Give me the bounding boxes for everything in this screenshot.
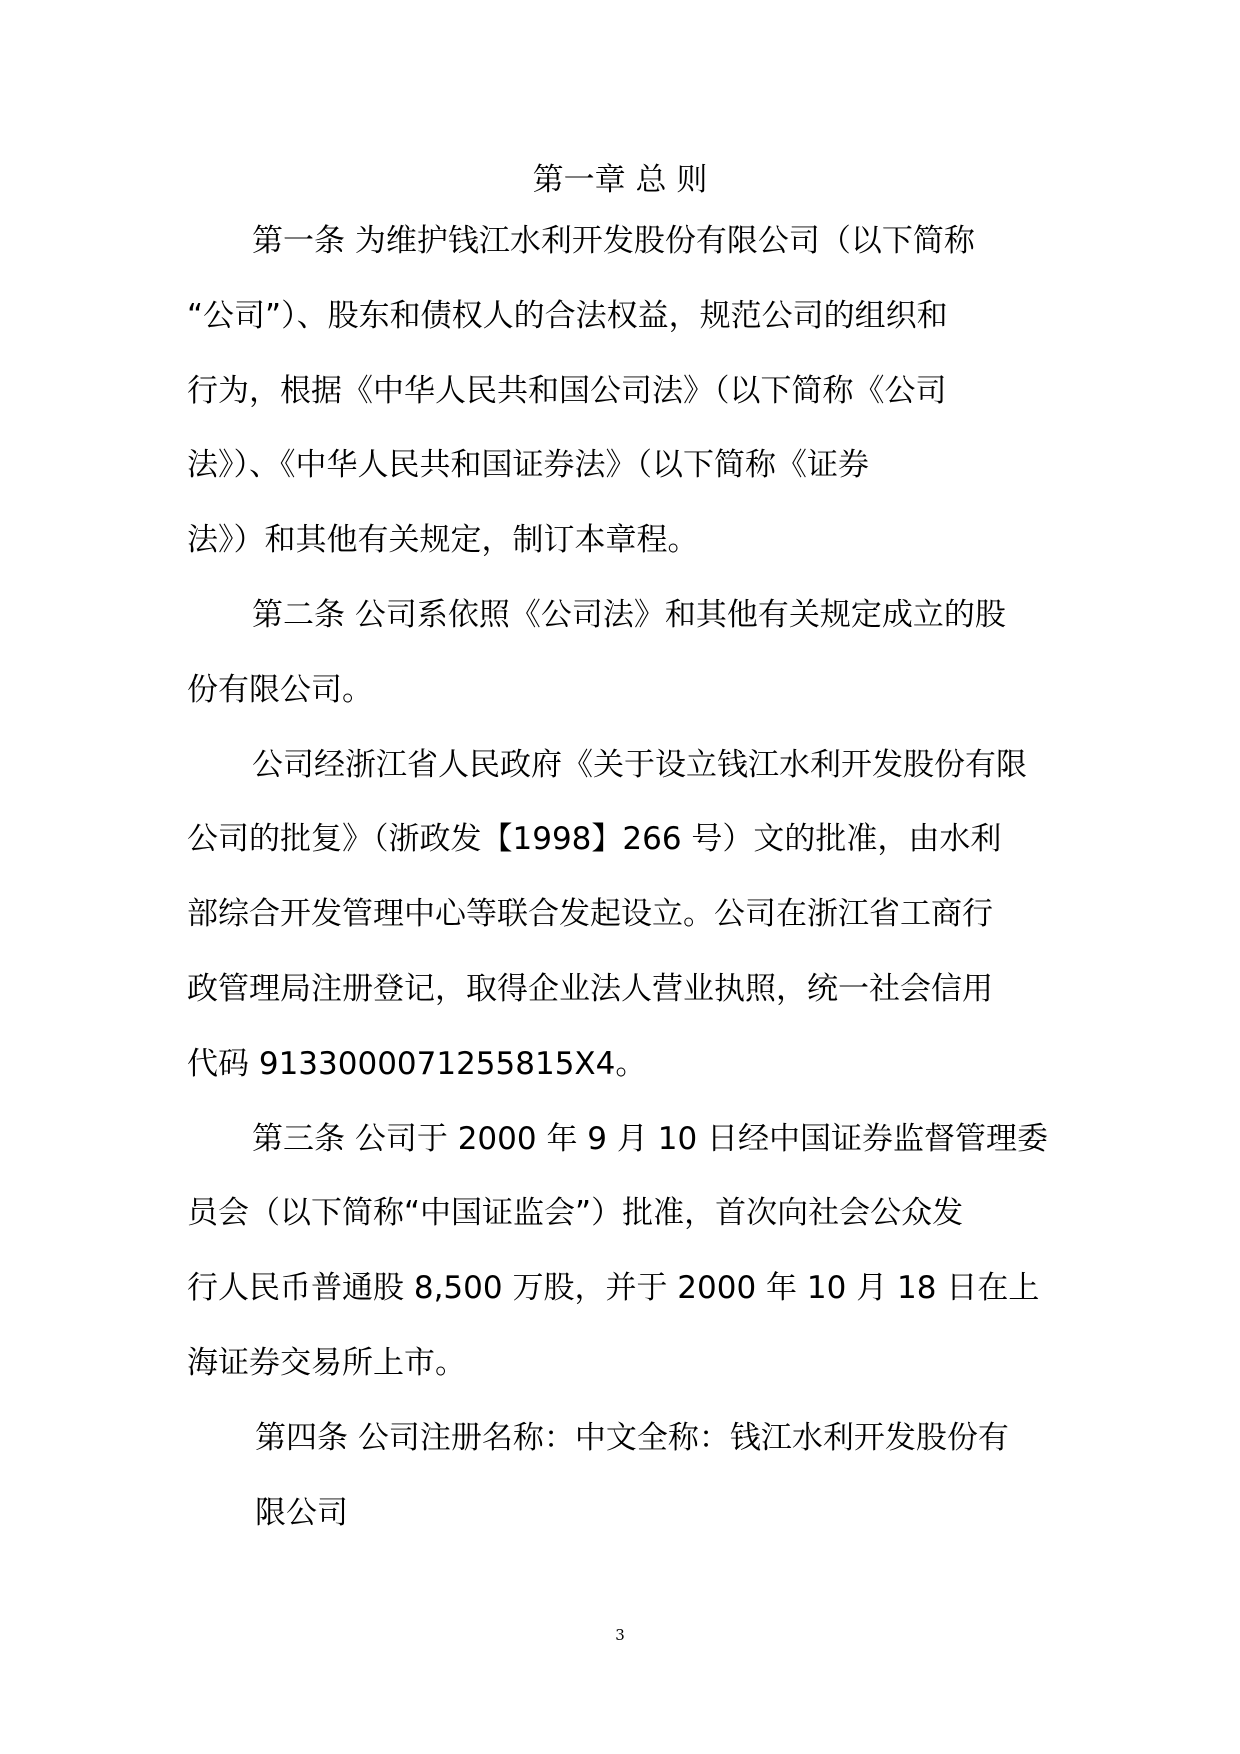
text-line: 行人民币普通股 8,500 万股，并于 2000 年 10 月 18 日在上 — [187, 1251, 1087, 1326]
text-line: 部综合开发管理中心等联合发起设立。公司在浙江省工商行 — [187, 877, 1087, 952]
text-line-article-3: 第三条 公司于 2000 年 9 月 10 日经中国证券监督管理委 — [187, 1102, 1087, 1177]
text-line: 员会（以下简称“中国证监会”）批准，首次向社会公众发 — [187, 1176, 1087, 1251]
text-line: “公司”）、股东和债权人的合法权益，规范公司的组织和 — [187, 279, 1087, 354]
text-line: 行为，根据《中华人民共和国公司法》（以下简称《公司 — [187, 354, 1087, 429]
text-line: 份有限公司。 — [187, 653, 1087, 728]
text-line: 法》）和其他有关规定，制订本章程。 — [187, 503, 1087, 578]
chapter-title: 第一章 总 则 — [0, 156, 1240, 204]
text-line: 海证券交易所上市。 — [187, 1326, 1087, 1401]
text-line: 法》）、《中华人民共和国证券法》（以下简称《证券 — [187, 428, 1087, 503]
text-line-article-2: 第二条 公司系依照《公司法》和其他有关规定成立的股 — [187, 578, 1087, 653]
text-line-article-4: 第四条 公司注册名称：中文全称：钱江水利开发股份有 — [187, 1401, 1087, 1476]
document-body: 第一条 为维护钱江水利开发股份有限公司（以下简称 “公司”）、股东和债权人的合法… — [187, 204, 1087, 1550]
text-line-article-1: 第一条 为维护钱江水利开发股份有限公司（以下简称 — [187, 204, 1087, 279]
document-page: 第一章 总 则 第一条 为维护钱江水利开发股份有限公司（以下简称 “公司”）、股… — [0, 0, 1240, 1754]
text-line: 公司的批复》（浙政发【1998】266 号）文的批准，由水利 — [187, 802, 1087, 877]
page-number: 3 — [0, 1626, 1240, 1644]
text-line-paragraph: 公司经浙江省人民政府《关于设立钱江水利开发股份有限 — [187, 728, 1087, 803]
text-line: 政管理局注册登记，取得企业法人营业执照，统一社会信用 — [187, 952, 1087, 1027]
text-line: 代码 9133000071255815X4。 — [187, 1027, 1087, 1102]
text-line: 限公司 — [187, 1476, 1087, 1551]
